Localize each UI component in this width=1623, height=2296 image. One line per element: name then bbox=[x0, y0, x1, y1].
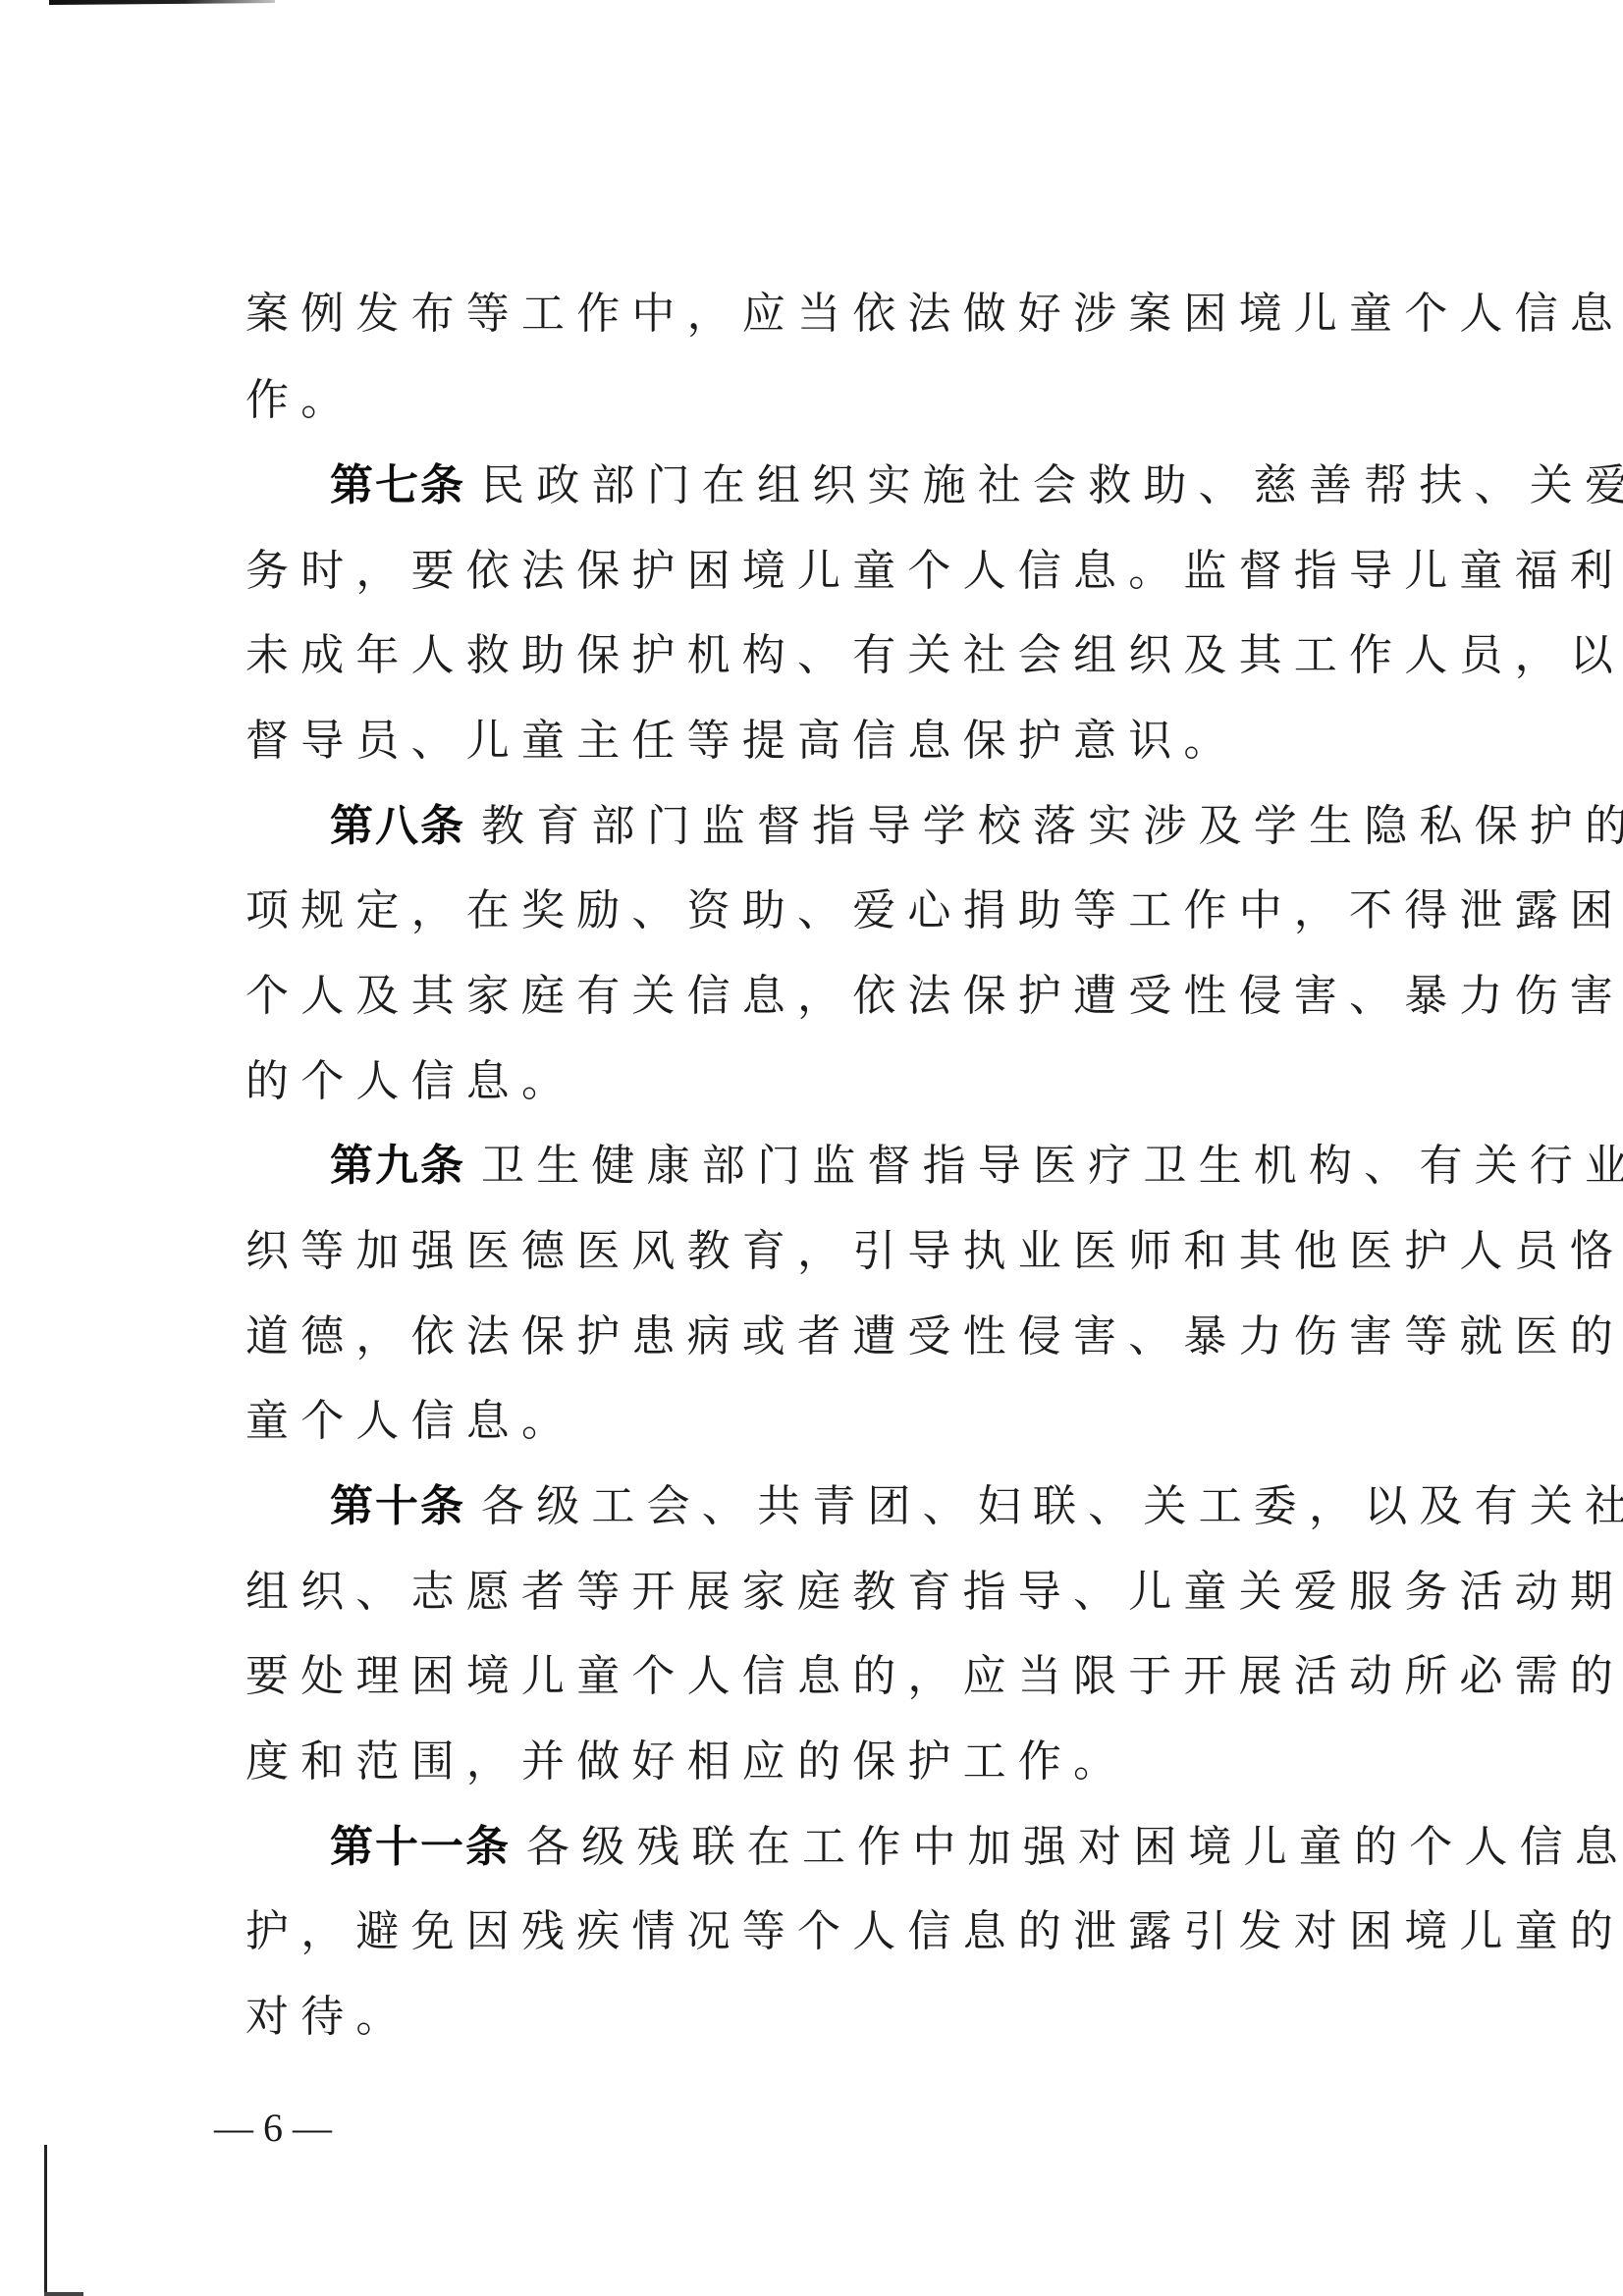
article-11-line-2: 护，避免因残疾情况等个人信息的泄露引发对困境儿童的不公平 bbox=[245, 1904, 1623, 1959]
article-10-title: 第十条 bbox=[330, 1481, 465, 1531]
article-9-text: 卫生健康部门监督指导医疗卫生机构、有关行业组 bbox=[481, 1141, 1623, 1191]
article-10-line-3: 要处理困境儿童个人信息的，应当限于开展活动所必需的最小限 bbox=[245, 1649, 1623, 1704]
article-9-line-2: 织等加强医德医风教育，引导执业医师和其他医护人员恪守职业 bbox=[245, 1224, 1623, 1279]
article-7-line-4: 督导员、儿童主任等提高信息保护意识。 bbox=[245, 714, 1239, 769]
scan-edge-top bbox=[49, 0, 275, 5]
article-10-text: 各级工会、共青团、妇联、关工委，以及有关社会 bbox=[481, 1481, 1623, 1531]
article-7-text: 民政部门在组织实施社会救助、慈善帮扶、关爱服 bbox=[481, 460, 1623, 510]
article-9-line-1: 第九条卫生健康部门监督指导医疗卫生机构、有关行业组 bbox=[330, 1139, 1623, 1194]
article-7-title: 第七条 bbox=[330, 460, 465, 510]
article-10-line-1: 第十条各级工会、共青团、妇联、关工委，以及有关社会 bbox=[330, 1479, 1623, 1534]
article-11-text: 各级残联在工作中加强对困境儿童的个人信息保 bbox=[526, 1822, 1623, 1872]
article-7-line-1: 第七条民政部门在组织实施社会救助、慈善帮扶、关爱服 bbox=[330, 458, 1623, 513]
article-7-line-3: 未成年人救助保护机构、有关社会组织及其工作人员，以及儿童 bbox=[245, 628, 1623, 683]
article-11-line-3: 对待。 bbox=[245, 1990, 411, 2045]
scan-edge-bottom bbox=[44, 2292, 83, 2296]
article-9-line-4: 童个人信息。 bbox=[245, 1394, 576, 1449]
article-8-line-3: 个人及其家庭有关信息，依法保护遭受性侵害、暴力伤害等儿童 bbox=[245, 969, 1623, 1024]
article-8-line-4: 的个人信息。 bbox=[245, 1054, 576, 1109]
continuation-line-1: 案例发布等工作中，应当依法做好涉案困境儿童个人信息保护工 bbox=[245, 287, 1623, 342]
article-8-text: 教育部门监督指导学校落实涉及学生隐私保护的各 bbox=[481, 801, 1623, 851]
article-7-line-2: 务时，要依法保护困境儿童个人信息。监督指导儿童福利机构、 bbox=[245, 544, 1623, 599]
continuation-line-2: 作。 bbox=[245, 373, 355, 428]
article-9-line-3: 道德，依法保护患病或者遭受性侵害、暴力伤害等就医的困境儿 bbox=[245, 1309, 1623, 1364]
article-10-line-4: 度和范围，并做好相应的保护工作。 bbox=[245, 1735, 1128, 1789]
article-11-title: 第十一条 bbox=[330, 1822, 511, 1872]
article-8-line-2: 项规定，在奖励、资助、爱心捐助等工作中，不得泄露困境儿童 bbox=[245, 883, 1623, 938]
page-number: — 6 — bbox=[0, 2101, 1623, 2156]
article-8-title: 第八条 bbox=[330, 801, 465, 851]
article-9-title: 第九条 bbox=[330, 1141, 465, 1191]
article-8-line-1: 第八条教育部门监督指导学校落实涉及学生隐私保护的各 bbox=[330, 799, 1623, 854]
article-10-line-2: 组织、志愿者等开展家庭教育指导、儿童关爱服务活动期间，需 bbox=[245, 1565, 1623, 1620]
article-11-line-1: 第十一条各级残联在工作中加强对困境儿童的个人信息保 bbox=[330, 1820, 1623, 1875]
scan-edge-left bbox=[44, 2145, 47, 2296]
